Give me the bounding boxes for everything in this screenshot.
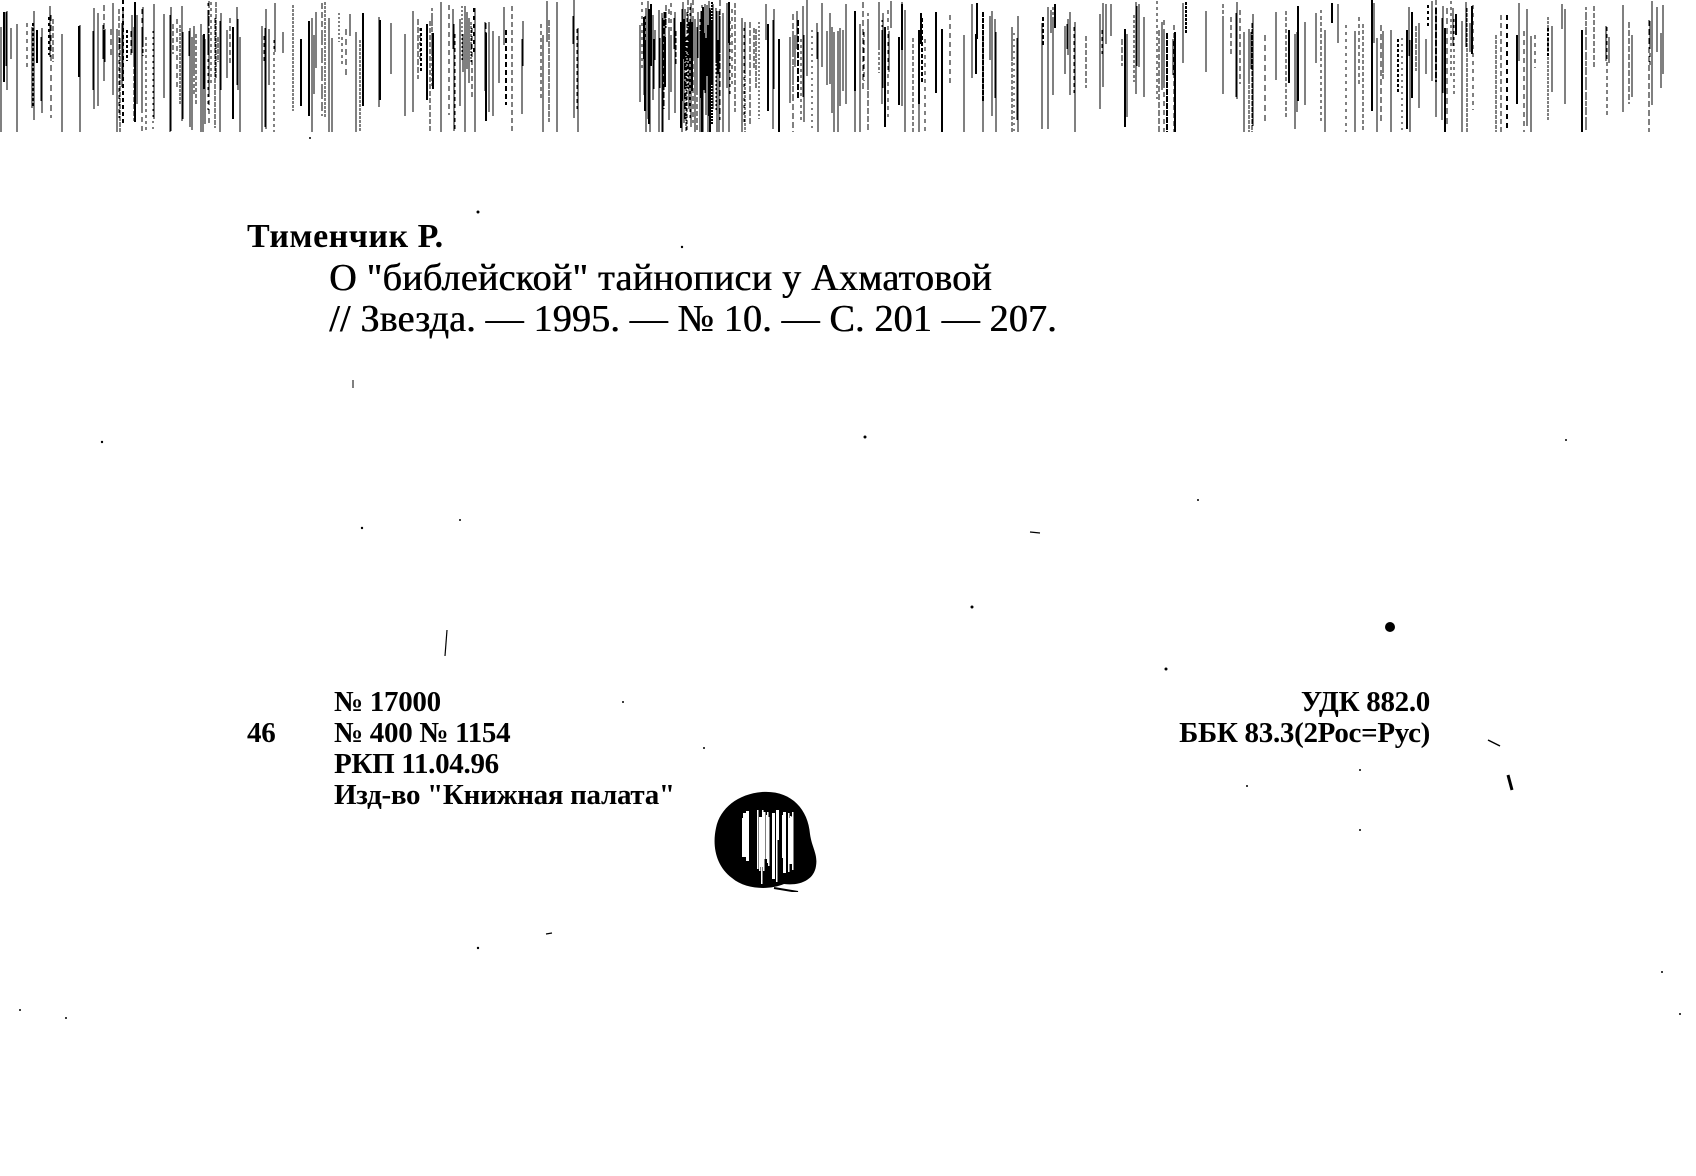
bbk-code: ББК 83.3(2Рос=Рус) [1179,719,1430,748]
scan-specks [0,0,1696,1176]
source-citation: // Звезда. — 1995. — № 10. — С. 201 — 20… [329,300,1057,338]
publisher: Изд-во "Книжная палата" [334,781,675,810]
rkp-date: РКП 11.04.96 [334,750,499,779]
author-name: Тименчик Р. [247,220,444,254]
scan-noise-strip [0,0,1696,135]
udk-code: УДК 882.0 [1301,688,1430,717]
registry-number: № 17000 [334,688,441,717]
article-title: О "библейской" тайнописи у Ахматовой [329,259,992,297]
record-numbers: № 400 № 1154 [334,719,510,748]
page-count: 46 [247,719,275,748]
ink-blot-stamp [712,790,818,892]
